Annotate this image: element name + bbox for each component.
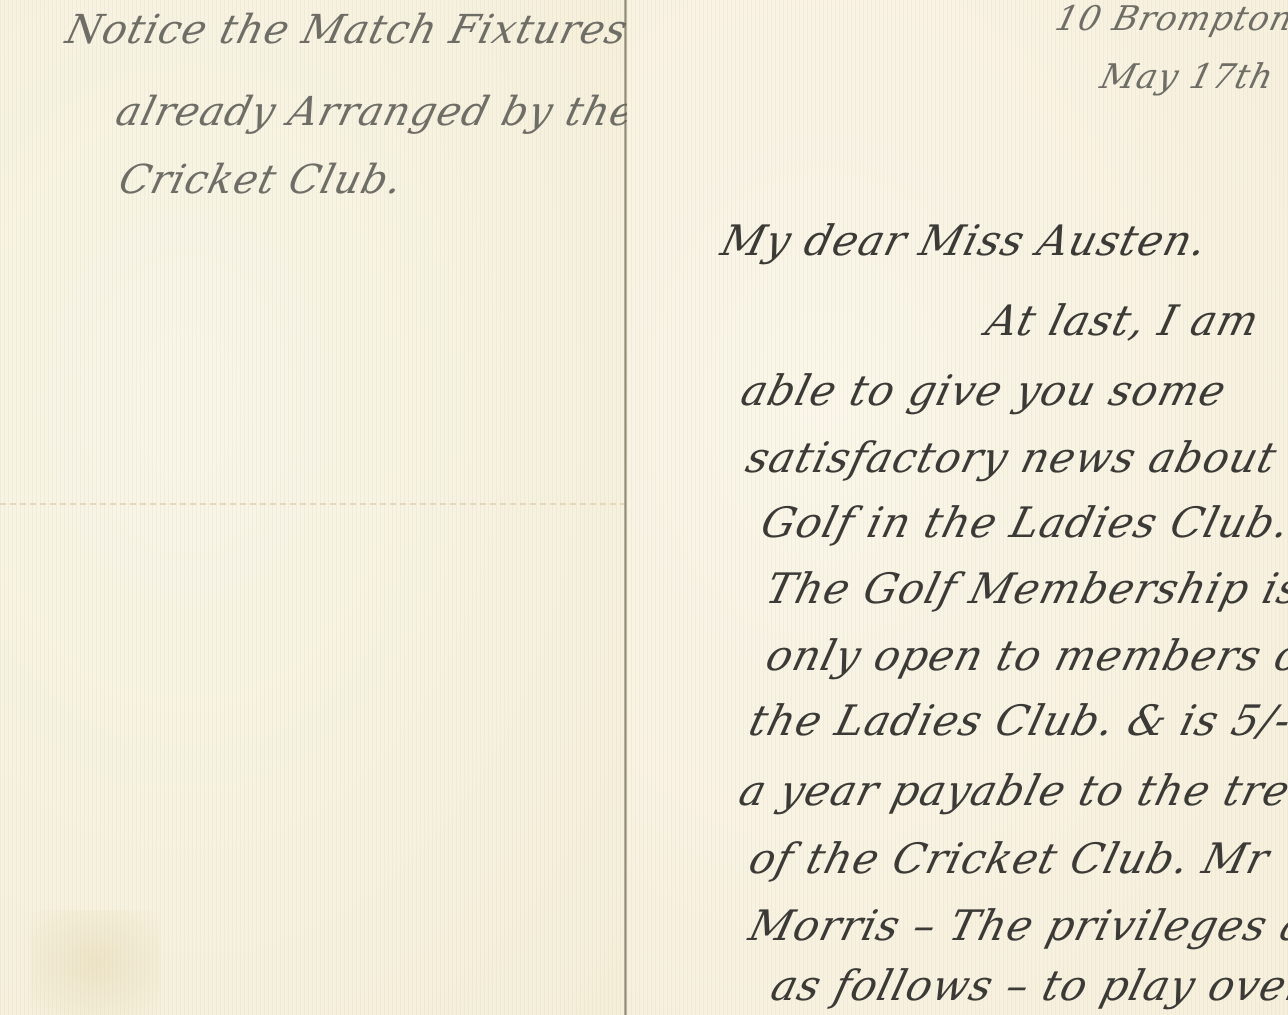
date: May 17th '97 (1097, 60, 1288, 94)
body-line-7: the Ladies Club. & is 5/- (745, 700, 1288, 742)
postscript-line-2: already Arranged by the (112, 92, 640, 132)
body-line-6: only open to members of (762, 635, 1288, 677)
body-line-11: as follows – to play over (767, 965, 1288, 1007)
address: 10 Brompton Sq (1052, 2, 1288, 36)
body-line-4: Golf in the Ladies Club. (757, 502, 1288, 544)
body-line-10: Morris – The privileges are (745, 905, 1288, 947)
right-page: 10 Brompton Sq May 17th '97 My dear Miss… (627, 0, 1288, 1015)
body-line-2: able to give you some (737, 370, 1231, 412)
body-line-1: At last, I am (982, 300, 1264, 342)
body-line-3: satisfactory news about (742, 437, 1281, 479)
postscript-line-1: Notice the Match Fixtures (62, 10, 632, 50)
letter-scan: Notice the Match Fixtures already Arrang… (0, 0, 1288, 1015)
body-line-9: of the Cricket Club. Mr (745, 838, 1274, 880)
body-line-8: a year payable to the treasurer (735, 770, 1288, 812)
paper-fold-crease (0, 503, 625, 505)
paper-stain (30, 910, 160, 1015)
postscript-line-3: Cricket Club. (115, 160, 407, 200)
left-page: Notice the Match Fixtures already Arrang… (0, 0, 625, 1015)
salutation: My dear Miss Austen. (717, 220, 1212, 262)
body-line-5: The Golf Membership is (762, 568, 1288, 610)
